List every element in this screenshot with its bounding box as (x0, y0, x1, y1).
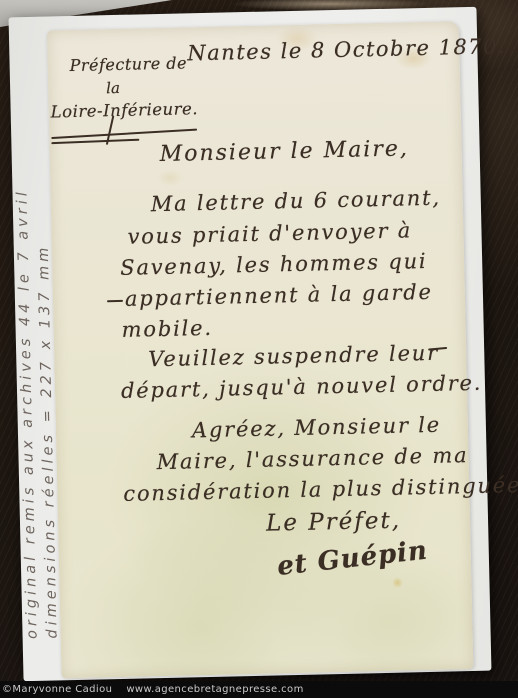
website-text: www.agencebretagnepresse.com (126, 684, 303, 695)
photo-background: original remis aux archives 44 le 7 avri… (0, 0, 518, 698)
dateline: Nantes le 8 Octobre 1870. (187, 34, 506, 65)
closing-line-2: Maire, l'assurance de ma (156, 443, 468, 474)
closing-line-3: considération la plus distinguée. (123, 473, 518, 506)
letter-paper: Préfecture de la Loire-Inférieure. Nante… (47, 21, 474, 678)
letterhead-line-1: Préfecture de (69, 53, 187, 75)
body-line-6: Veuillez suspendre leur (148, 341, 439, 372)
body-line-2: vous priait d'envoyer à (127, 218, 412, 248)
body-line-1: Ma lettre du 6 courant, (151, 186, 442, 217)
copyright-credit: ©Maryvonne Cadiou (2, 684, 112, 695)
closing-line-1: Agréez, Monsieur le (192, 413, 442, 443)
signoff: Le Préfet, (266, 508, 402, 537)
body-line-5: mobile. (121, 316, 213, 342)
body-line-3: Savenay, les hommes qui (120, 249, 428, 280)
letterhead-underline-flourish (51, 129, 197, 139)
signature: et Guépin (276, 536, 430, 582)
margin-note-line-1: original remis aux archives 44 le 7 avri… (14, 159, 41, 639)
backing-sheet: original remis aux archives 44 le 7 avri… (9, 7, 492, 681)
letterhead-line-3: Loire-Inférieure. (50, 99, 198, 121)
body-line-4: appartiennent à la garde (125, 280, 433, 311)
letterhead-line-2: la (106, 79, 120, 97)
letterhead-underline-flourish-2 (51, 139, 139, 145)
salutation: Monsieur le Maire, (159, 136, 409, 167)
caption-bar: ©Maryvonne Cadiou www.agencebretagnepres… (0, 681, 518, 698)
hyphen-pen-mark (107, 300, 123, 302)
body-line-7: départ, jusqu'à nouvel ordre. (121, 371, 483, 403)
